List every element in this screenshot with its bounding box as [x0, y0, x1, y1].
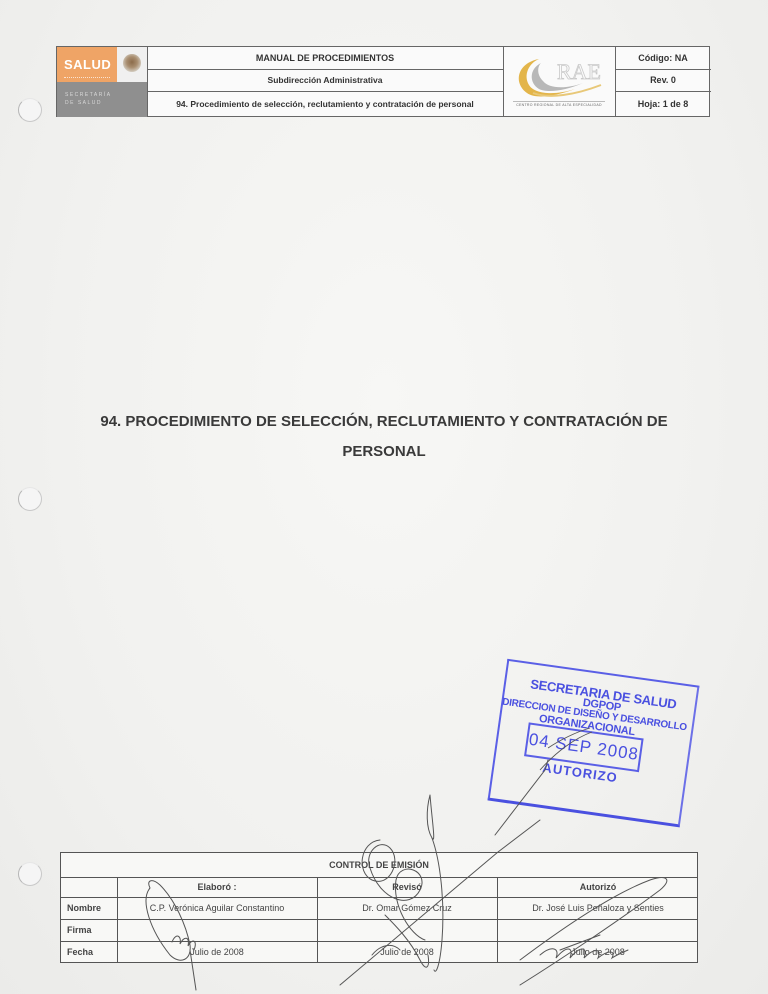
document-header-table: SALUD SECRETARÍA DE SALUD MANUAL DE PROC… [56, 46, 710, 117]
eagle-emblem-icon [123, 54, 141, 72]
logo-dotted-line [64, 77, 110, 78]
scanned-page-background [0, 0, 768, 994]
page-count-label: Hoja: 1 de 8 [615, 91, 711, 117]
fecha-autorizo: Julio de 2008 [497, 941, 699, 963]
punch-hole-bottom [18, 862, 42, 886]
row-label-fecha: Fecha [61, 941, 117, 963]
control-emision-table: CONTROL DE EMISIÓN Elaboró : Revisó Auto… [60, 852, 698, 963]
procedure-title-line1: 94. PROCEDIMIENTO DE SELECCIÓN, RECLUTAM… [100, 407, 668, 437]
nombre-autorizo: Dr. José Luis Peñaloza y Senties [497, 897, 699, 919]
procedure-name: 94. Procedimiento de selección, reclutam… [157, 91, 493, 117]
rae-logo: RAE CENTRO REGIONAL DE ALTA ESPECIALIDAD [505, 49, 613, 115]
secretaria-line2: DE SALUD [65, 100, 102, 106]
row-label-firma: Firma [61, 919, 117, 941]
header-divider [503, 47, 504, 116]
col-header-reviso: Revisó [317, 877, 497, 897]
secretaria-logo-band: SECRETARÍA DE SALUD [57, 82, 147, 117]
nombre-reviso: Dr. Omar Gómez Cruz [317, 897, 497, 919]
punch-hole-top [18, 98, 42, 122]
punch-hole-middle [18, 487, 42, 511]
col-header-elaboro: Elaboró : [117, 877, 317, 897]
firma-autorizo [497, 919, 699, 941]
col-header-autorizo: Autorizó [497, 877, 699, 897]
revision-label: Rev. 0 [615, 69, 711, 91]
salud-logo: SALUD [57, 47, 117, 82]
mexico-coat-of-arms [117, 47, 147, 82]
nombre-elaboro: C.P. Verónica Aguilar Constantino [117, 897, 317, 919]
manual-title: MANUAL DE PROCEDIMIENTOS [147, 47, 503, 69]
firma-elaboro [117, 919, 317, 941]
row-label-nombre: Nombre [61, 897, 117, 919]
approval-stamp: SECRETARIA DE SALUD DGPOP DIRECCION DE D… [487, 659, 706, 835]
procedure-title: 94. PROCEDIMIENTO DE SELECCIÓN, RECLUTAM… [100, 407, 668, 467]
svg-text:RAE: RAE [557, 59, 601, 84]
procedure-title-line2: PERSONAL [100, 437, 668, 467]
secretaria-line1: SECRETARÍA [65, 92, 112, 98]
fecha-reviso: Julio de 2008 [317, 941, 497, 963]
rae-caption: CENTRO REGIONAL DE ALTA ESPECIALIDAD [513, 101, 605, 107]
salud-logo-text: SALUD [64, 57, 111, 72]
firma-reviso [317, 919, 497, 941]
codigo-label: Código: NA [615, 47, 711, 69]
subdireccion-label: Subdirección Administrativa [147, 69, 503, 91]
control-emision-title: CONTROL DE EMISIÓN [61, 853, 697, 877]
fecha-elaboro: Julio de 2008 [117, 941, 317, 963]
